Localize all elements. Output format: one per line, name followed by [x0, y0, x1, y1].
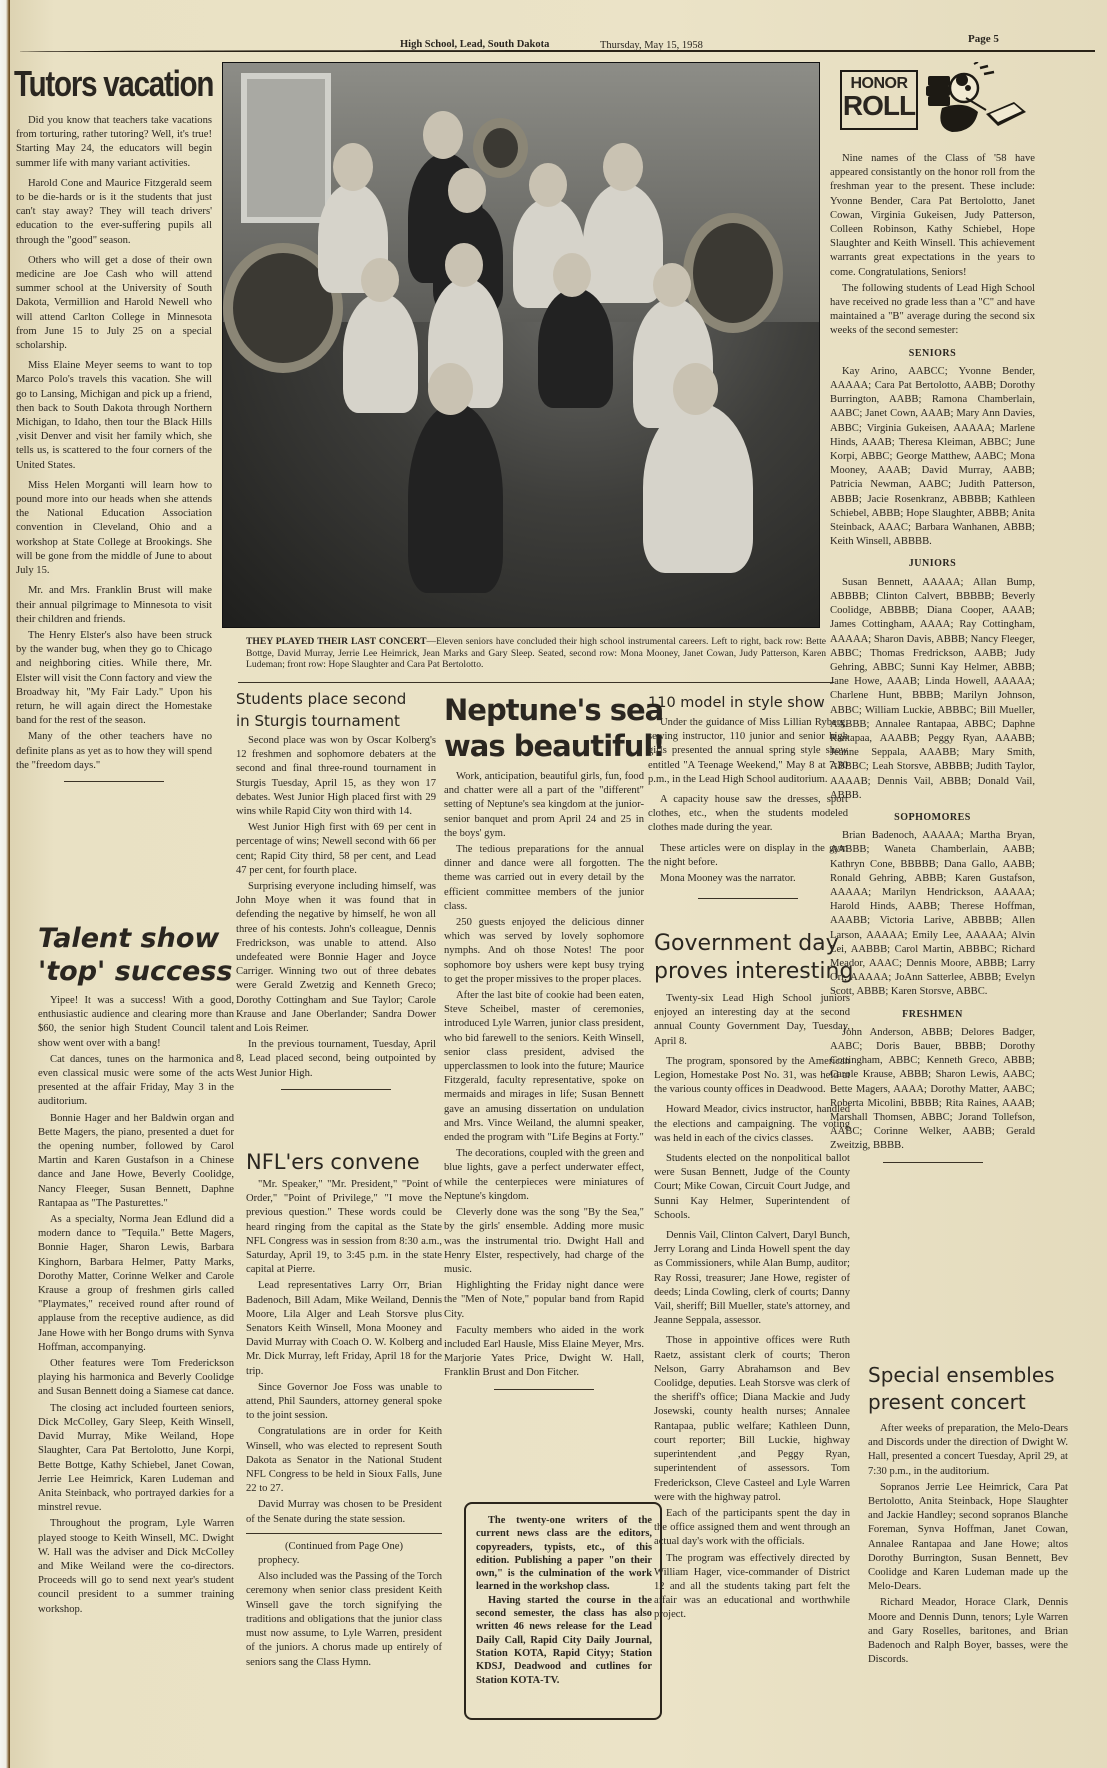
paragraph: Howard Meador, civics instructor, handle…: [654, 1103, 850, 1146]
paragraph: The twenty-one writers of the current ne…: [476, 1514, 652, 1594]
paragraph: As a specialty, Norma Jean Edlund did a …: [38, 1213, 234, 1355]
honor-list-sophomores: Brian Badenoch, AAAAA; Martha Bryan, AAB…: [830, 829, 1035, 999]
paragraph: Mr. and Mrs. Franklin Brust will make th…: [16, 584, 212, 627]
paragraph: The closing act included fourteen senior…: [38, 1402, 234, 1516]
divider: [698, 898, 798, 899]
section-label-seniors: SENIORS: [830, 347, 1035, 361]
paragraph: Also included was the Passing of the Tor…: [246, 1570, 442, 1669]
paragraph: Did you know that teachers take vacation…: [16, 114, 212, 171]
paragraph: Harold Cone and Maurice Fitzgerald seem …: [16, 177, 212, 248]
page-number: Page 5: [968, 33, 999, 45]
headline-line-2: proves interesting: [654, 958, 850, 986]
paragraph: The tedious preparations for the annual …: [444, 843, 644, 914]
section-label-sophomores: SOPHOMORES: [830, 811, 1035, 825]
paragraph: Surprising everyone including himself, w…: [236, 880, 436, 1036]
paragraph: In the previous tournament, Tuesday, Apr…: [236, 1038, 436, 1081]
band-photo: [222, 62, 820, 628]
caption-rule: [238, 682, 834, 683]
paragraph: Richard Meador, Horace Clark, Dennis Moo…: [868, 1596, 1068, 1667]
paragraph: After the last bite of cookie had been e…: [444, 989, 644, 1145]
section-label-freshmen: FRESHMEN: [830, 1008, 1035, 1022]
divider: [64, 781, 164, 782]
article-talent-show: Talent show 'top' success Yipee! It was …: [38, 922, 234, 1619]
paragraph: Those in appointive offices were Ruth Ra…: [654, 1334, 850, 1504]
paragraph: These articles were on display in the gy…: [648, 842, 848, 870]
honor-roll-badge: HONOR ROLL: [840, 70, 918, 130]
paragraph: Other features were Tom Frederickson pla…: [38, 1357, 234, 1400]
headline: 110 model in style show: [648, 692, 848, 714]
article-sturgis-tournament: Students place second in Sturgis tournam…: [236, 688, 436, 1098]
paragraph: Many of the other teachers have no defin…: [16, 730, 212, 773]
divider: [281, 1089, 391, 1090]
paragraph: Students elected on the nonpolitical bal…: [654, 1152, 850, 1223]
headline: Tutors vacation: [14, 64, 176, 104]
paragraph: Second place was won by Oscar Kolberg's …: [236, 734, 436, 819]
paragraph: The Henry Elster's also have been struck…: [16, 629, 212, 728]
article-special-ensembles: Special ensembles present concert After …: [868, 1362, 1068, 1669]
paragraph: prophecy.: [246, 1554, 442, 1568]
headline-line-2: present concert: [868, 1389, 1068, 1416]
badge-line-2: ROLL: [842, 92, 916, 120]
honor-list-freshmen: John Anderson, ABBB; Delores Badger, AAB…: [830, 1026, 1035, 1154]
headline-line-1: Neptune's sea: [444, 692, 644, 728]
paragraph: Sopranos Jerrie Lee Heimrick, Cara Pat B…: [868, 1481, 1068, 1595]
paragraph: After weeks of preparation, the Melo-Dea…: [868, 1422, 1068, 1479]
student-cartoon-icon: [922, 62, 1032, 140]
writers-box: The twenty-one writers of the current ne…: [464, 1502, 662, 1720]
paragraph: Lead representatives Larry Orr, Brian Ba…: [246, 1279, 442, 1378]
masthead-rule: [20, 50, 1095, 53]
paragraph: Each of the participants spent the day i…: [654, 1507, 850, 1550]
paragraph: Under the guidance of Miss Lillian Ryber…: [648, 716, 848, 787]
publication-name: High School, Lead, South Dakota: [400, 39, 549, 50]
paragraph: Nine names of the Class of '58 have appe…: [830, 152, 1035, 280]
paragraph: "Mr. Speaker," "Mr. President," "Point o…: [246, 1178, 442, 1277]
paragraph: Yipee! It was a success! With a good, en…: [38, 994, 234, 1051]
paragraph: The program was effectively directed by …: [654, 1552, 850, 1623]
paragraph: Bonnie Hager and her Baldwin organ and B…: [38, 1112, 234, 1211]
article-nfl-convene: NFL'ers convene "Mr. Speaker," "Mr. Pres…: [246, 1148, 442, 1672]
paragraph: Miss Helen Morganti will learn how to po…: [16, 479, 212, 578]
paragraph: Mona Mooney was the narrator.: [648, 872, 848, 886]
headline: NFL'ers convene: [246, 1148, 442, 1176]
article-neptunes-sea: Neptune's sea was beautiful! Work, antic…: [444, 692, 644, 1398]
headline-line-1: Government day: [654, 930, 850, 958]
headline-line-1: Special ensembles: [868, 1362, 1068, 1389]
article-tutors-vacation: Tutors vacation Did you know that teache…: [16, 64, 212, 790]
headline-line-1: Students place second: [236, 688, 436, 710]
honor-list-juniors: Susan Bennett, AAAAA; Allan Bump, ABBBB;…: [830, 576, 1035, 803]
paragraph: Cleverly done was the song "By the Sea,"…: [444, 1206, 644, 1277]
headline-line-2: was beautiful!: [444, 728, 644, 764]
paragraph: The decorations, coupled with the green …: [444, 1147, 644, 1204]
article-style-show: 110 model in style show Under the guidan…: [648, 692, 848, 907]
divider: [494, 1389, 594, 1390]
article-government-day: Government day proves interesting Twenty…: [654, 930, 850, 1625]
photo-caption: THEY PLAYED THEIR LAST CONCERT—Eleven se…: [246, 636, 826, 671]
honor-list-seniors: Kay Arino, AABCC; Yvonne Bender, AAAAA; …: [830, 365, 1035, 550]
paragraph: David Murray was chosen to be President …: [246, 1498, 442, 1526]
continued-label: (Continued from Page One): [246, 1540, 442, 1554]
headline-line-2: in Sturgis tournament: [236, 710, 436, 732]
paragraph: Having started the course in the second …: [476, 1594, 652, 1687]
paragraph: Work, anticipation, beautiful girls, fun…: [444, 770, 644, 841]
paragraph: A capacity house saw the dresses, sport …: [648, 793, 848, 836]
paragraph: Miss Elaine Meyer seems to want to top M…: [16, 359, 212, 473]
newspaper-page: High School, Lead, South Dakota Thursday…: [10, 0, 1107, 1768]
divider: [883, 1162, 983, 1163]
headline-line-2: 'top' success: [38, 955, 234, 988]
headline-line-1: Talent show: [38, 922, 234, 955]
paragraph: Faculty members who aided in the work in…: [444, 1324, 644, 1381]
paragraph: Since Governor Joe Foss was unable to at…: [246, 1381, 442, 1424]
paragraph: The following students of Lead High Scho…: [830, 282, 1035, 339]
divider: [246, 1533, 442, 1534]
paragraph: Congratulations are in order for Keith W…: [246, 1425, 442, 1496]
section-label-juniors: JUNIORS: [830, 557, 1035, 571]
paragraph: 250 guests enjoyed the delicious dinner …: [444, 916, 644, 987]
paragraph: Others who will get a dose of their own …: [16, 254, 212, 353]
paragraph: Dennis Vail, Clinton Calvert, Daryl Bunc…: [654, 1229, 850, 1328]
paragraph: Cat dances, tunes on the harmonica and e…: [38, 1053, 234, 1110]
paragraph: Twenty-six Lead High School juniors enjo…: [654, 992, 850, 1049]
paragraph: West Junior High first with 69 per cent …: [236, 821, 436, 878]
caption-lead: THEY PLAYED THEIR LAST CONCERT: [246, 636, 427, 647]
paragraph: The program, sponsored by the American L…: [654, 1055, 850, 1098]
article-honor-roll: Nine names of the Class of '58 have appe…: [830, 152, 1035, 1171]
paragraph: Highlighting the Friday night dance were…: [444, 1279, 644, 1322]
paragraph: Throughout the program, Lyle Warren play…: [38, 1517, 234, 1616]
